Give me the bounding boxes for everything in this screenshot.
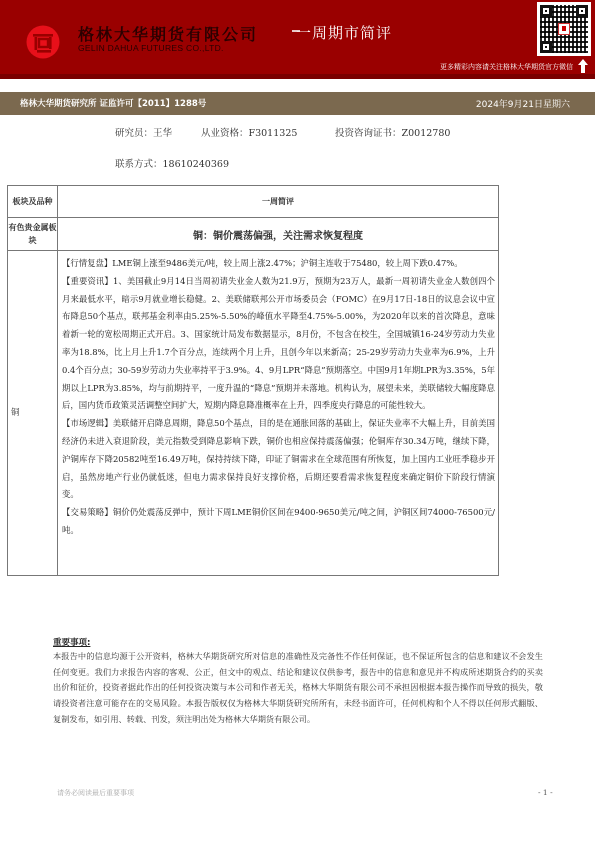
headline: 铜：铜价震荡偏强，关注需求恢复程度 bbox=[58, 218, 499, 251]
paragraph-text: 美联储开启降息周期，降息50个基点，目的是在通胀回落的基础上，保证失业率不大幅上… bbox=[62, 418, 495, 499]
up-arrow-icon bbox=[578, 59, 588, 73]
paragraph-text: LME铜上涨至9486美元/吨，较上周上涨2.47%；沪铜主连收于75480，较… bbox=[112, 258, 462, 268]
researcher: 研究员：王华 bbox=[115, 125, 172, 139]
company-name-en: GELIN DAHUA FUTURES CO.,LTD. bbox=[78, 43, 224, 53]
header-weekly-review: 一周简评 bbox=[58, 186, 499, 218]
paragraph-tag: 【行情复盘】 bbox=[62, 258, 112, 268]
wechat-qr-code bbox=[537, 2, 591, 56]
report-title: 一周期市简评 bbox=[296, 22, 392, 43]
paragraph-tag: 【市场逻辑】 bbox=[62, 418, 113, 428]
contact: 联系方式：18610240369 bbox=[115, 156, 229, 170]
trading-strategy-paragraph: 【交易策略】铜价仍处震荡反弹中，预计下周LME铜价区间在9400-9650美元/… bbox=[62, 504, 495, 540]
paragraph-tag: 【交易策略】 bbox=[62, 507, 113, 517]
market-logic-paragraph: 【市场逻辑】美联储开启降息周期，降息50个基点，目的是在通胀回落的基础上，保证失… bbox=[62, 415, 495, 504]
key-news-paragraph: 【重要资讯】1、美国截止9月14日当周初请失业金人数为21.9万，预期为23万人… bbox=[62, 273, 495, 415]
footer-reminder: 请务必阅读最后重要事项 bbox=[57, 788, 134, 798]
wechat-hint: 更多精彩内容请关注格林大华期货官方微信 bbox=[440, 62, 573, 72]
variety-name: 铜 bbox=[8, 251, 58, 576]
report-date: 2024年9月21日星期六 bbox=[476, 97, 570, 110]
qualification: 从业资格：F3011325 bbox=[201, 125, 297, 139]
banner-shadow bbox=[0, 74, 595, 79]
page-number: - 1 - bbox=[538, 788, 553, 797]
notice-body: 本报告中的信息均源于公开资料，格林大华期货研究所对信息的准确性及完备性不作任何保… bbox=[53, 649, 543, 728]
header-sector-variety: 板块及品种 bbox=[8, 186, 58, 218]
paragraph-text: 1、美国截止9月14日当周初请失业金人数为21.9万，预期为23万人，最新一周初… bbox=[62, 276, 495, 411]
company-logo-icon bbox=[25, 24, 61, 60]
review-content: 【行情复盘】LME铜上涨至9486美元/吨，较上周上涨2.47%；沪铜主连收于7… bbox=[58, 251, 499, 576]
paragraph-tag: 【重要资讯】 bbox=[62, 276, 113, 286]
notice-title: 重要事项: bbox=[53, 636, 90, 648]
weekly-review-table: 板块及品种 一周简评 有色贵金属板块 铜：铜价震荡偏强，关注需求恢复程度 铜 【… bbox=[7, 185, 499, 576]
market-review-paragraph: 【行情复盘】LME铜上涨至9486美元/吨，较上周上涨2.47%；沪铜主连收于7… bbox=[62, 255, 495, 273]
qr-logo-icon bbox=[558, 23, 570, 35]
sector-name: 有色贵金属板块 bbox=[8, 218, 58, 251]
sector-row: 有色贵金属板块 铜：铜价震荡偏强，关注需求恢复程度 bbox=[8, 218, 499, 251]
table-header-row: 板块及品种 一周简评 bbox=[8, 186, 499, 218]
company-name-cn: 格林大华期货有限公司 bbox=[78, 22, 258, 45]
paragraph-text: 铜价仍处震荡反弹中，预计下周LME铜价区间在9400-9650美元/吨之间，沪铜… bbox=[62, 507, 495, 535]
consult-cert: 投资咨询证书：Z0012780 bbox=[335, 125, 450, 139]
table-row: 铜 【行情复盘】LME铜上涨至9486美元/吨，较上周上涨2.47%；沪铜主连收… bbox=[8, 251, 499, 576]
institute-license: 格林大华期货研究所 证监许可【2011】1288号 bbox=[20, 97, 206, 109]
